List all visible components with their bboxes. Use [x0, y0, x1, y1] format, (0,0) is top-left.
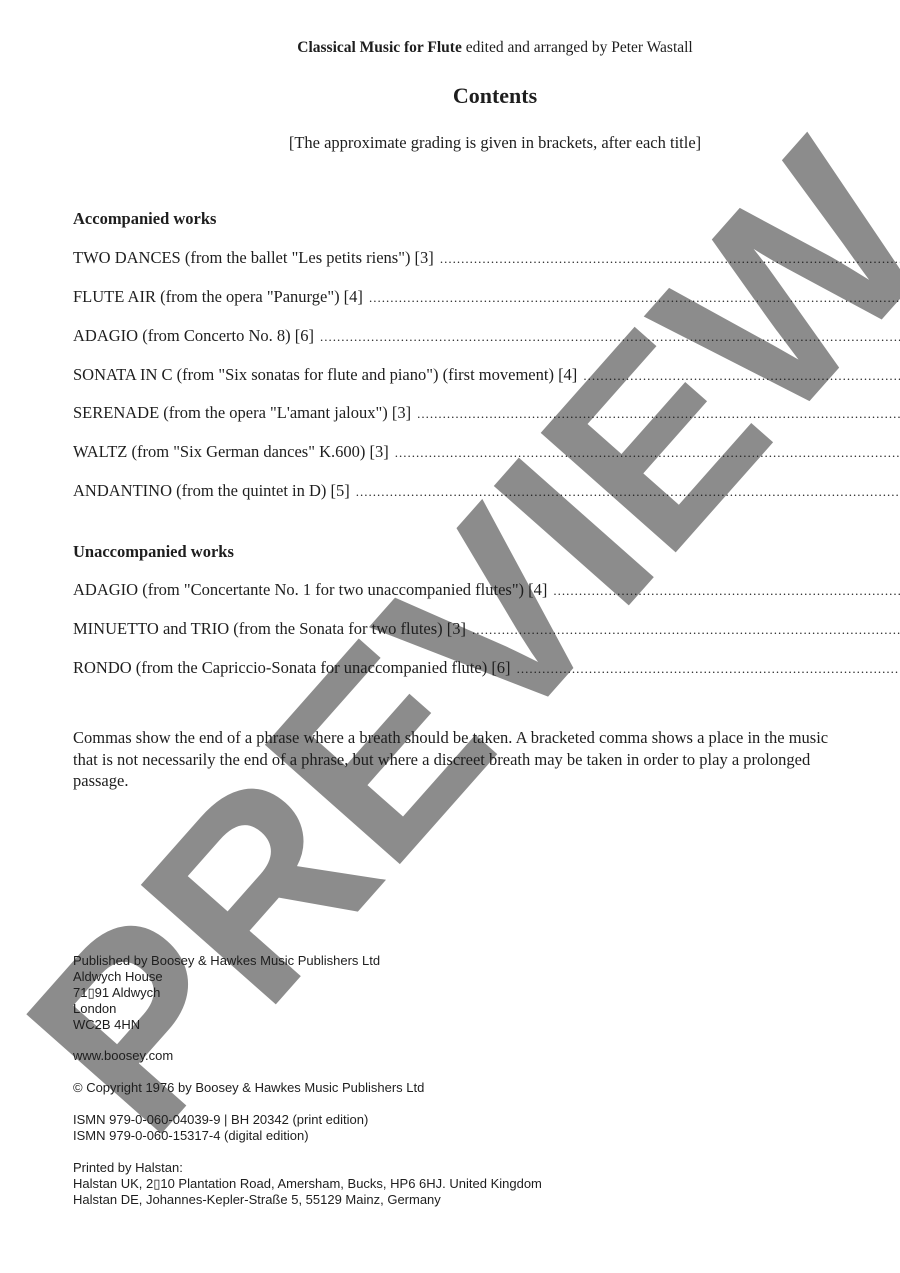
publisher-line: Published by Boosey & Hawkes Music Publi…: [73, 953, 380, 969]
publisher-line: WC2B 4HN: [73, 1017, 380, 1033]
breath-note-line: passage.: [73, 770, 900, 792]
dot-leader: [417, 406, 900, 422]
dot-leader: [320, 329, 900, 345]
publisher-line: Aldwych House: [73, 969, 380, 985]
section-heading-unaccompanied: Unaccompanied works: [73, 542, 234, 562]
toc-entry-title: TWO DANCES (from the ballet "Les petits …: [73, 248, 434, 268]
page-content: Classical Music for Flute edited and arr…: [0, 0, 900, 1273]
toc-entry-title: ADAGIO (from "Concertante No. 1 for two …: [73, 580, 547, 600]
toc-entry-title: ANDANTINO (from the quintet in D) [5]: [73, 481, 350, 501]
dot-leader: [369, 290, 900, 306]
dot-leader: [553, 583, 900, 599]
book-header: Classical Music for Flute edited and arr…: [0, 39, 900, 57]
publisher-address: Published by Boosey & Hawkes Music Publi…: [73, 953, 380, 1033]
breath-note-line: that is not necessarily the end of a phr…: [73, 749, 900, 771]
toc-entry: MINUETTO and TRIO (from the Sonata for t…: [73, 619, 900, 641]
toc-entry-title: ADAGIO (from Concerto No. 8) [6]: [73, 326, 314, 346]
breath-note: Commas show the end of a phrase where a …: [73, 727, 900, 792]
toc-entry: ADAGIO (from "Concertante No. 1 for two …: [73, 580, 900, 602]
ismn-block: ISMN 979-0-060-04039-9 | BH 20342 (print…: [73, 1112, 368, 1144]
copyright-notice: © Copyright 1976 by Boosey & Hawkes Musi…: [73, 1080, 424, 1096]
ismn-line: ISMN 979-0-060-04039-9 | BH 20342 (print…: [73, 1112, 368, 1128]
toc-entry: SERENADE (from the opera "L'amant jaloux…: [73, 403, 900, 425]
toc-entry-title: WALTZ (from "Six German dances" K.600) […: [73, 442, 389, 462]
toc-entry: FLUTE AIR (from the opera "Panurge") [4]…: [73, 287, 900, 309]
toc-entry-title: MINUETTO and TRIO (from the Sonata for t…: [73, 619, 466, 639]
publisher-line: London: [73, 1001, 380, 1017]
printer-block: Printed by Halstan: Halstan UK, 2▯10 Pla…: [73, 1160, 542, 1208]
page-title: Contents: [0, 83, 900, 109]
toc-entry-title: SERENADE (from the opera "L'amant jaloux…: [73, 403, 411, 423]
document-page: PREVIEW Classical Music for Flute edited…: [0, 0, 900, 1273]
toc-entry-title: SONATA IN C (from "Six sonatas for flute…: [73, 365, 577, 385]
toc-entry: ADAGIO (from Concerto No. 8) [6] Devien: [73, 326, 900, 348]
toc-entry: RONDO (from the Capriccio-Sonata for una…: [73, 658, 900, 680]
dot-leader: [583, 368, 900, 384]
toc-entry: ANDANTINO (from the quintet in D) [5] J.…: [73, 481, 900, 503]
dot-leader: [517, 661, 900, 677]
book-title: Classical Music for Flute: [297, 39, 462, 56]
toc-entry: SONATA IN C (from "Six sonatas for flute…: [73, 365, 900, 387]
toc-entry-title: RONDO (from the Capriccio-Sonata for una…: [73, 658, 511, 678]
dot-leader: [472, 622, 900, 638]
dot-leader: [440, 251, 900, 267]
breath-note-line: Commas show the end of a phrase where a …: [73, 727, 900, 749]
ismn-line: ISMN 979-0-060-15317-4 (digital edition): [73, 1128, 368, 1144]
section-heading-accompanied: Accompanied works: [73, 209, 216, 229]
toc-entry: WALTZ (from "Six German dances" K.600) […: [73, 442, 900, 464]
dot-leader: [356, 484, 900, 500]
printer-line: Halstan UK, 2▯10 Plantation Road, Amersh…: [73, 1176, 542, 1192]
toc-entry: TWO DANCES (from the ballet "Les petits …: [73, 248, 900, 270]
printer-line: Printed by Halstan:: [73, 1160, 542, 1176]
dot-leader: [395, 445, 900, 461]
publisher-website: www.boosey.com: [73, 1048, 173, 1064]
publisher-line: 71▯91 Aldwych: [73, 985, 380, 1001]
book-byline: edited and arranged by Peter Wastall: [466, 39, 693, 56]
toc-entry-title: FLUTE AIR (from the opera "Panurge") [4]: [73, 287, 363, 307]
printer-line: Halstan DE, Johannes-Kepler-Straße 5, 55…: [73, 1192, 542, 1208]
grading-note: [The approximate grading is given in bra…: [0, 133, 900, 153]
